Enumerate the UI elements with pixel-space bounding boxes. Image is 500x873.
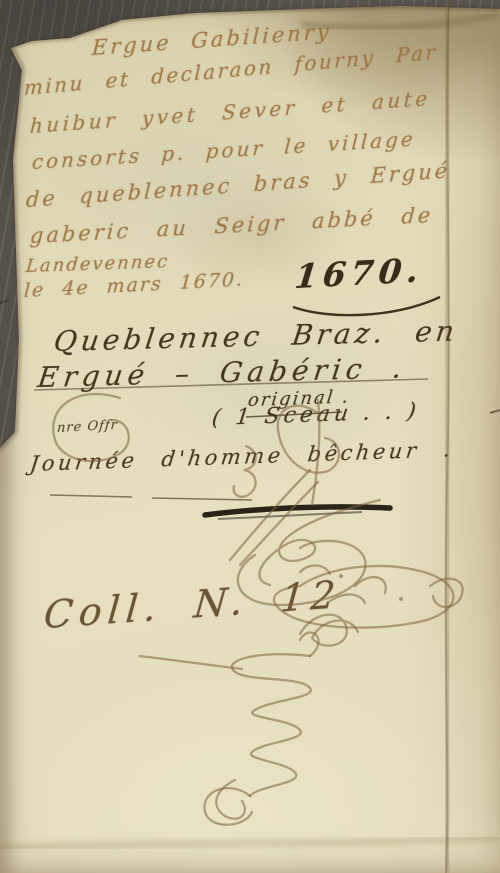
parchment-sheet (0, 0, 500, 873)
left-edge-tick-mark (0, 300, 9, 303)
photo-of-parchment-document: Ergue Gabilienry minu et declaraon fourn… (0, 0, 500, 873)
